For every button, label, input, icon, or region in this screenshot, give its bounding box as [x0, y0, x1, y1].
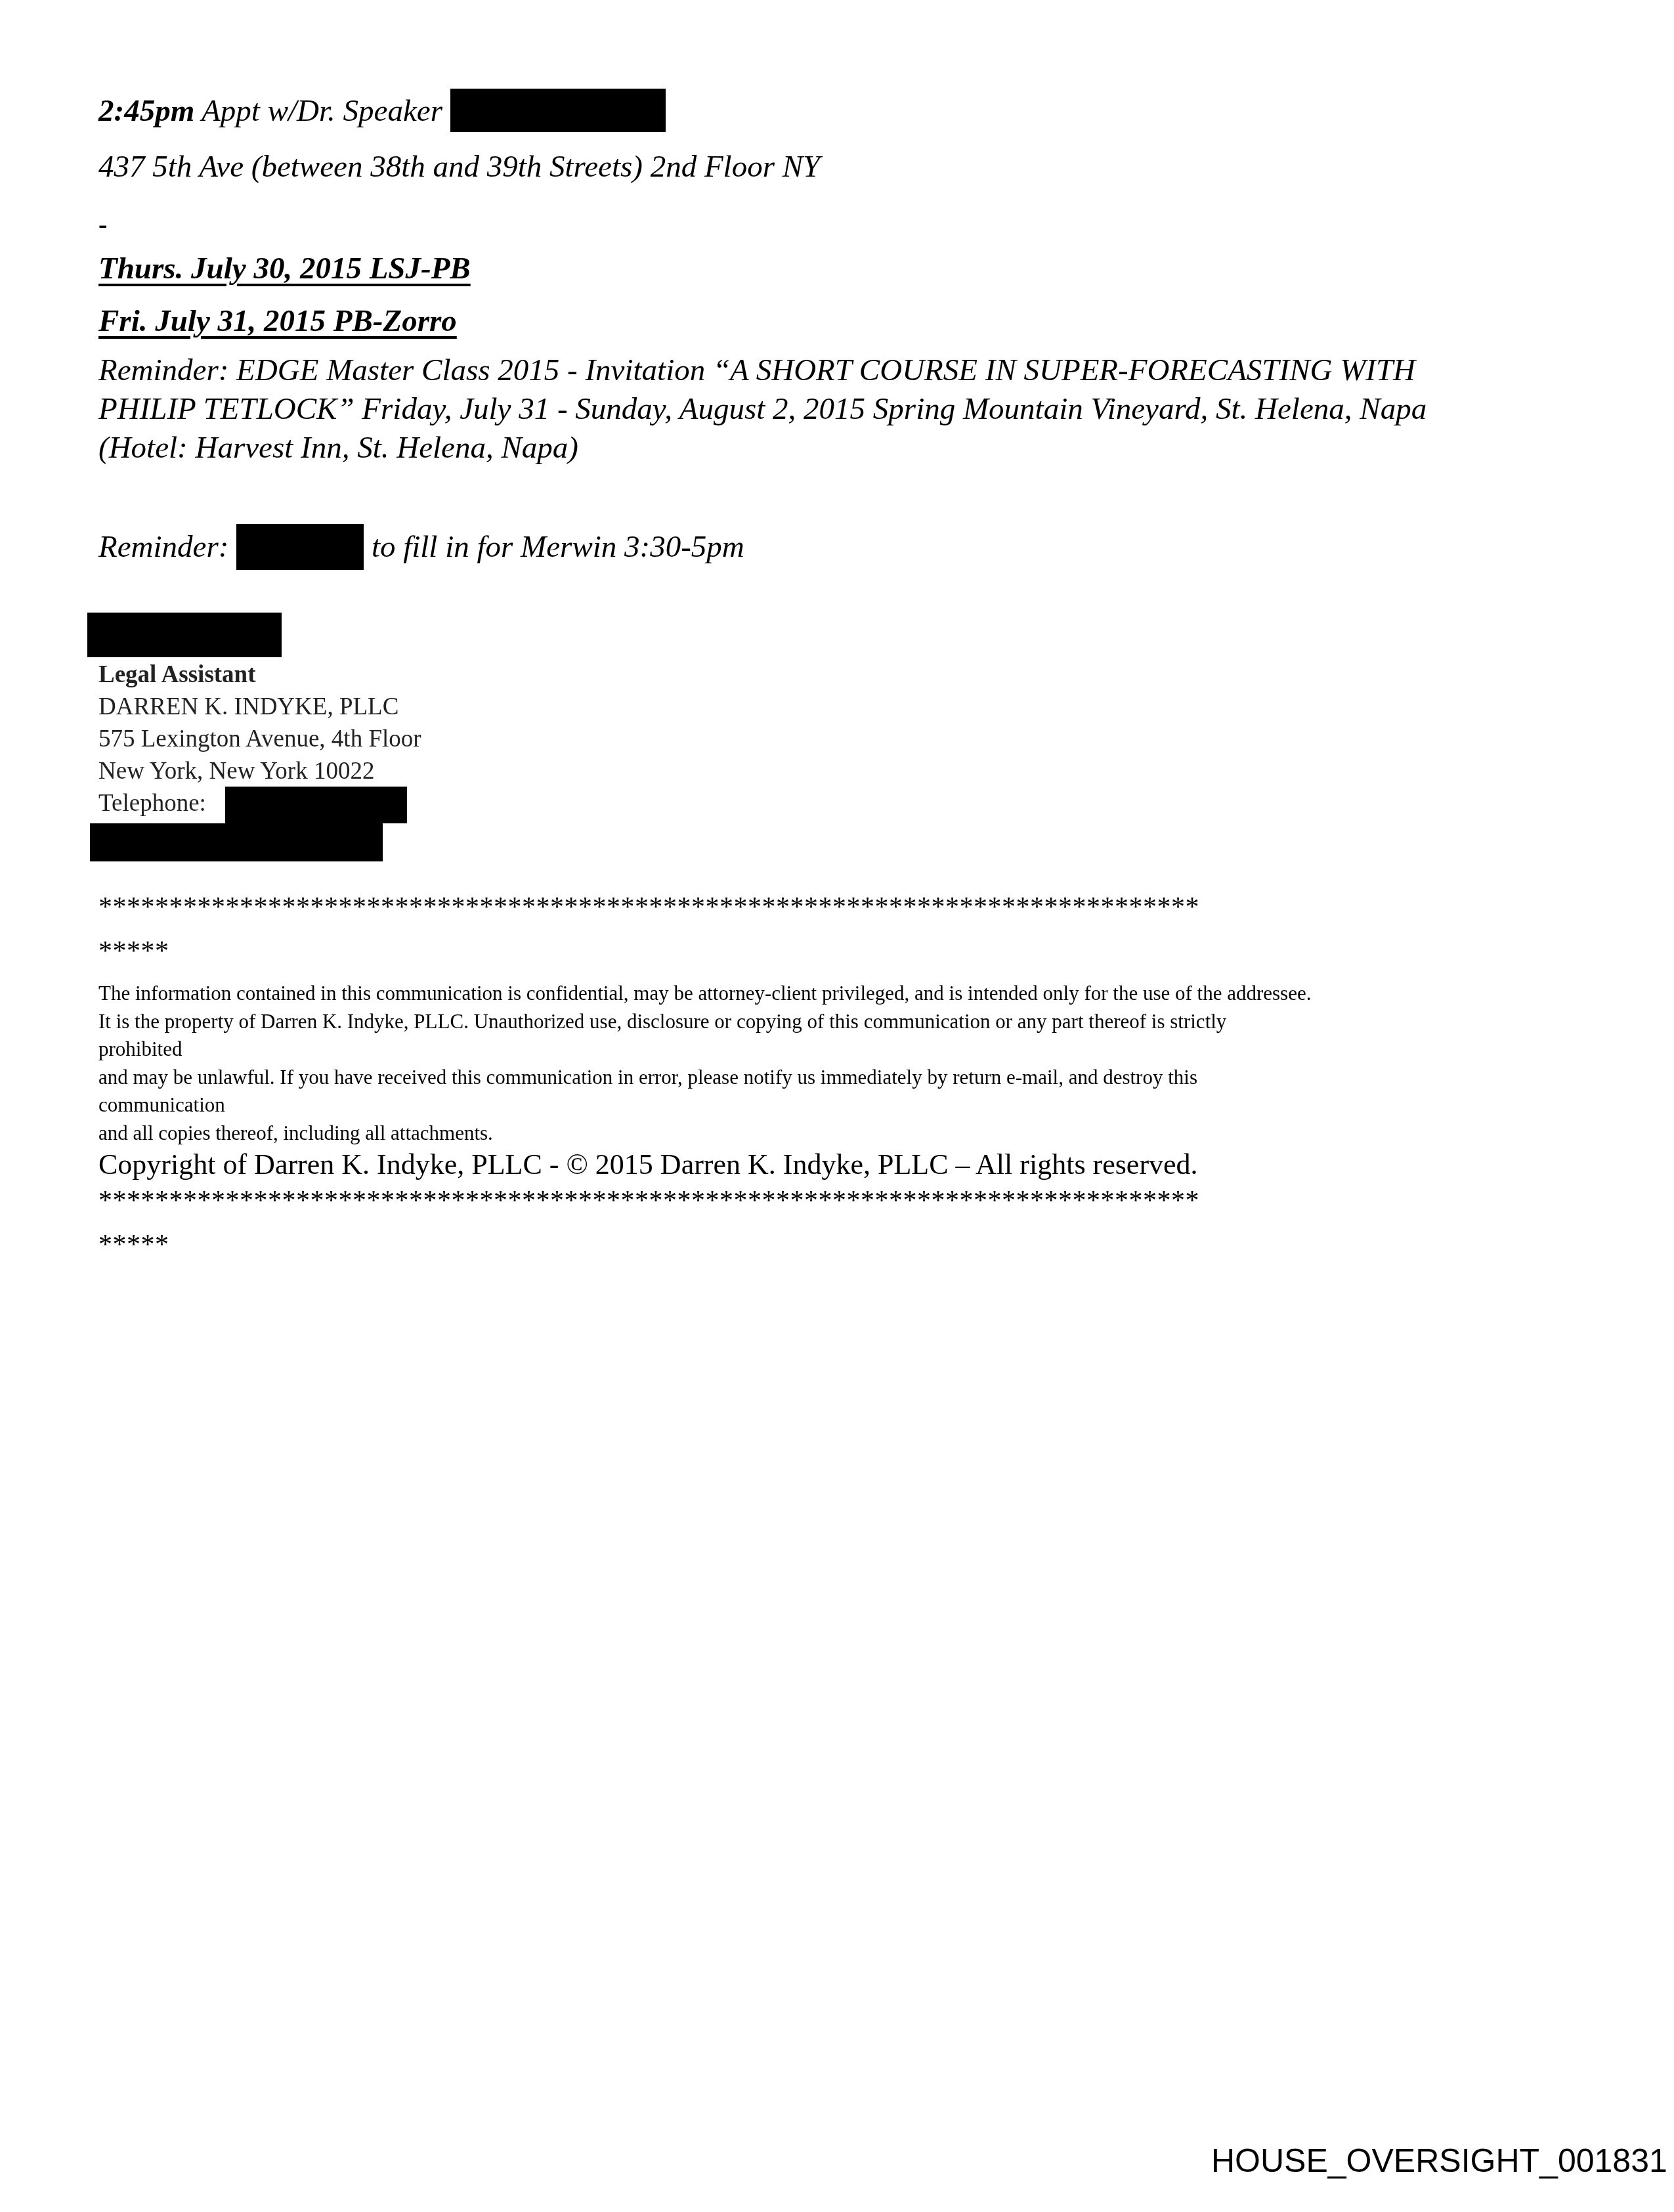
stars-divider: ****************************************… [98, 892, 1199, 923]
redaction-box [90, 823, 383, 861]
signature-title: Legal Assistant [98, 659, 256, 691]
stars-divider-tail: ***** [98, 936, 169, 967]
appointment-line: 2:45pm Appt w/Dr. Speaker [98, 92, 666, 132]
redaction-box [87, 613, 282, 657]
copyright-notice: Copyright of Darren K. Indyke, PLLC - © … [98, 1148, 1198, 1181]
disclaimer-line-5: communication [98, 1091, 225, 1119]
reminder-edge-line-1: Reminder: EDGE Master Class 2015 - Invit… [98, 351, 1415, 389]
signature-address-2: New York, New York 10022 [98, 756, 374, 787]
reminder-edge-line-2: PHILIP TETLOCK” Friday, July 31 - Sunday… [98, 390, 1427, 428]
reminder-edge-line-3: (Hotel: Harvest Inn, St. Helena, Napa) [98, 429, 578, 467]
reminder-fill-line: Reminder: to fill in for Merwin 3:30-5pm [98, 528, 744, 570]
disclaimer-line-6: and all copies thereof, including all at… [98, 1119, 493, 1147]
disclaimer-line-1: The information contained in this commun… [98, 980, 1311, 1007]
separator-dash: - [98, 209, 107, 240]
disclaimer-line-3: prohibited [98, 1035, 182, 1063]
redaction-box [236, 524, 364, 570]
appointment-time: 2:45pm [98, 94, 194, 128]
appointment-label: Appt w/Dr. Speaker [194, 94, 450, 128]
appointment-address: 437 5th Ave (between 38th and 39th Stree… [98, 148, 820, 186]
date-heading-thursday: Thurs. July 30, 2015 LSJ-PB [98, 249, 471, 288]
date-heading-friday: Fri. July 31, 2015 PB-Zorro [98, 302, 457, 340]
bates-number: HOUSE_OVERSIGHT_001831 [1211, 2142, 1667, 2180]
disclaimer-line-4: and may be unlawful. If you have receive… [98, 1064, 1197, 1091]
redaction-box [225, 787, 407, 823]
disclaimer-line-2: It is the property of Darren K. Indyke, … [98, 1008, 1226, 1035]
reminder-fill-suffix: to fill in for Merwin 3:30-5pm [364, 530, 744, 564]
stars-divider-tail: ***** [98, 1229, 169, 1261]
redaction-box [450, 89, 666, 132]
reminder-fill-prefix: Reminder: [98, 530, 236, 564]
signature-telephone-label: Telephone: [98, 788, 206, 819]
signature-address-1: 575 Lexington Avenue, 4th Floor [98, 724, 421, 755]
signature-firm: DARREN K. INDYKE, PLLC [98, 691, 398, 723]
stars-divider: ****************************************… [98, 1185, 1199, 1217]
